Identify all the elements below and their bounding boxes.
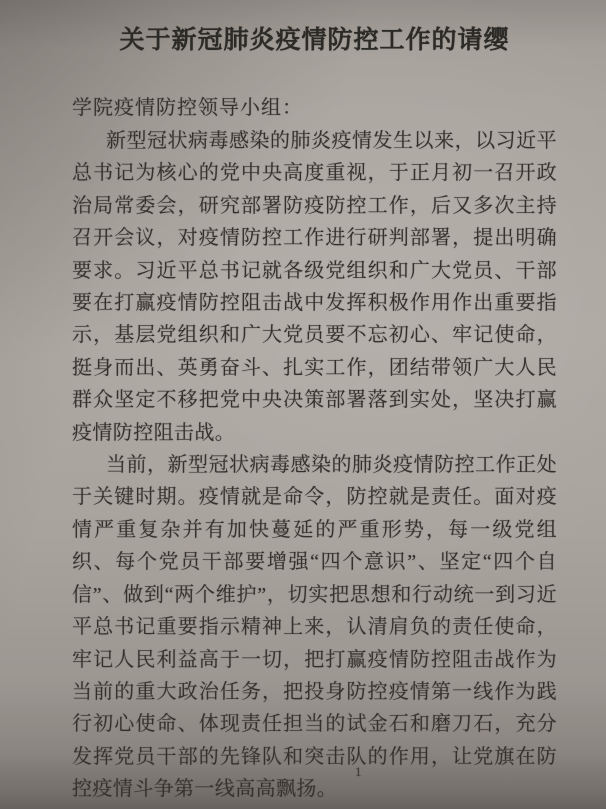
document-title: 关于新冠肺炎疫情防控工作的请缨 bbox=[72, 22, 557, 60]
paragraph-2: 当前，新型冠状病毒感染的肺炎疫情防控工作正处于关键时期。疫情就是命令，防控就是责… bbox=[72, 449, 557, 805]
paragraph-1: 新型冠状病毒感染的肺炎疫情发生以来，以习近平总书记为核心的党中央高度重视，于正月… bbox=[72, 125, 557, 449]
page-number: 1 bbox=[355, 764, 362, 780]
document-photo: 关于新冠肺炎疫情防控工作的请缨 学院疫情防控领导小组： 新型冠状病毒感染的肺炎疫… bbox=[0, 0, 606, 809]
document-page: 关于新冠肺炎疫情防控工作的请缨 学院疫情防控领导小组： 新型冠状病毒感染的肺炎疫… bbox=[72, 22, 557, 809]
salutation: 学院疫情防控领导小组： bbox=[72, 91, 557, 125]
